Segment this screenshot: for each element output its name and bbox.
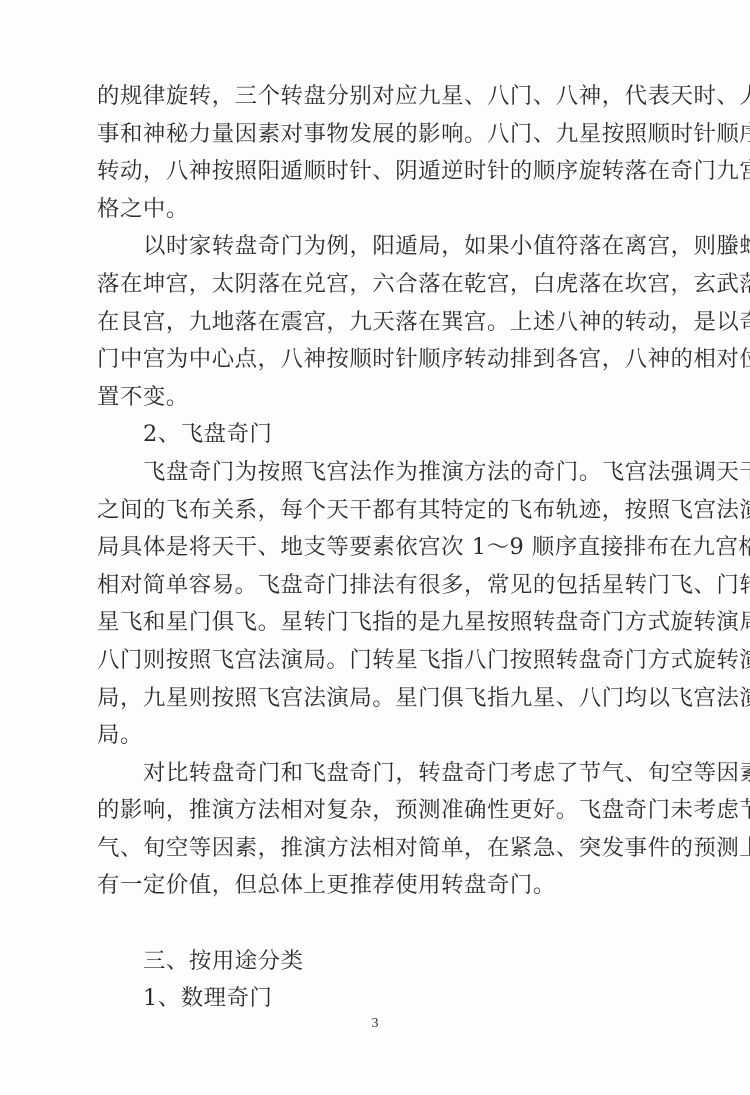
paragraph-line: 的规律旋转，三个转盘分别对应九星、八门、八神，代表天时、人 [97,78,653,116]
paragraph-line: 八门则按照飞宫法演局。门转星飞指八门按照转盘奇门方式旋转演 [97,642,653,680]
paragraph-line: 有一定价值，但总体上更推荐使用转盘奇门。 [97,867,653,905]
paragraph-line: 对比转盘奇门和飞盘奇门，转盘奇门考虑了节气、旬空等因素 [97,755,653,793]
paragraph-line: 门中宫为中心点，八神按顺时针顺序转动排到各宫，八神的相对位 [97,341,653,379]
blank-line [97,905,653,943]
paragraph-line: 局。 [97,717,653,755]
paragraph-line: 以时家转盘奇门为例，阳遁局，如果小值符落在离宫，则螣蛇 [97,228,653,266]
paragraph-line: 气、旬空等因素，推演方法相对简单，在紧急、突发事件的预测上 [97,830,653,868]
paragraph-line: 相对简单容易。飞盘奇门排法有很多，常见的包括星转门飞、门转 [97,567,653,605]
subsection-heading: 1、数理奇门 [97,980,653,1018]
paragraph-line: 之间的飞布关系，每个天干都有其特定的飞布轨迹，按照飞宫法演 [97,492,653,530]
section-heading: 三、按用途分类 [97,943,653,981]
paragraph-line: 事和神秘力量因素对事物发展的影响。八门、九星按照顺时针顺序 [97,116,653,154]
document-body: 的规律旋转，三个转盘分别对应九星、八门、八神，代表天时、人 事和神秘力量因素对事… [97,78,653,1018]
paragraph-line: 星飞和星门俱飞。星转门飞指的是九星按照转盘奇门方式旋转演局， [97,604,653,642]
paragraph-line: 局，九星则按照飞宫法演局。星门俱飞指九星、八门均以飞宫法演 [97,680,653,718]
paragraph-line: 落在坤宫，太阴落在兑宫，六合落在乾宫，白虎落在坎宫，玄武落 [97,266,653,304]
page-number: 3 [0,1016,750,1032]
subsection-heading: 2、飞盘奇门 [97,416,653,454]
paragraph-line: 在艮宫，九地落在震宫，九天落在巽宫。上述八神的转动，是以奇 [97,304,653,342]
paragraph-line: 格之中。 [97,191,653,229]
paragraph-line: 局具体是将天干、地支等要素依宫次 1～9 顺序直接排布在九宫格中， [97,529,653,567]
paragraph-line: 转动，八神按照阳遁顺时针、阴遁逆时针的顺序旋转落在奇门九宫 [97,153,653,191]
paragraph-line: 置不变。 [97,379,653,417]
paragraph-line: 的影响，推演方法相对复杂，预测准确性更好。飞盘奇门未考虑节 [97,792,653,830]
paragraph-line: 飞盘奇门为按照飞宫法作为推演方法的奇门。飞宫法强调天干 [97,454,653,492]
